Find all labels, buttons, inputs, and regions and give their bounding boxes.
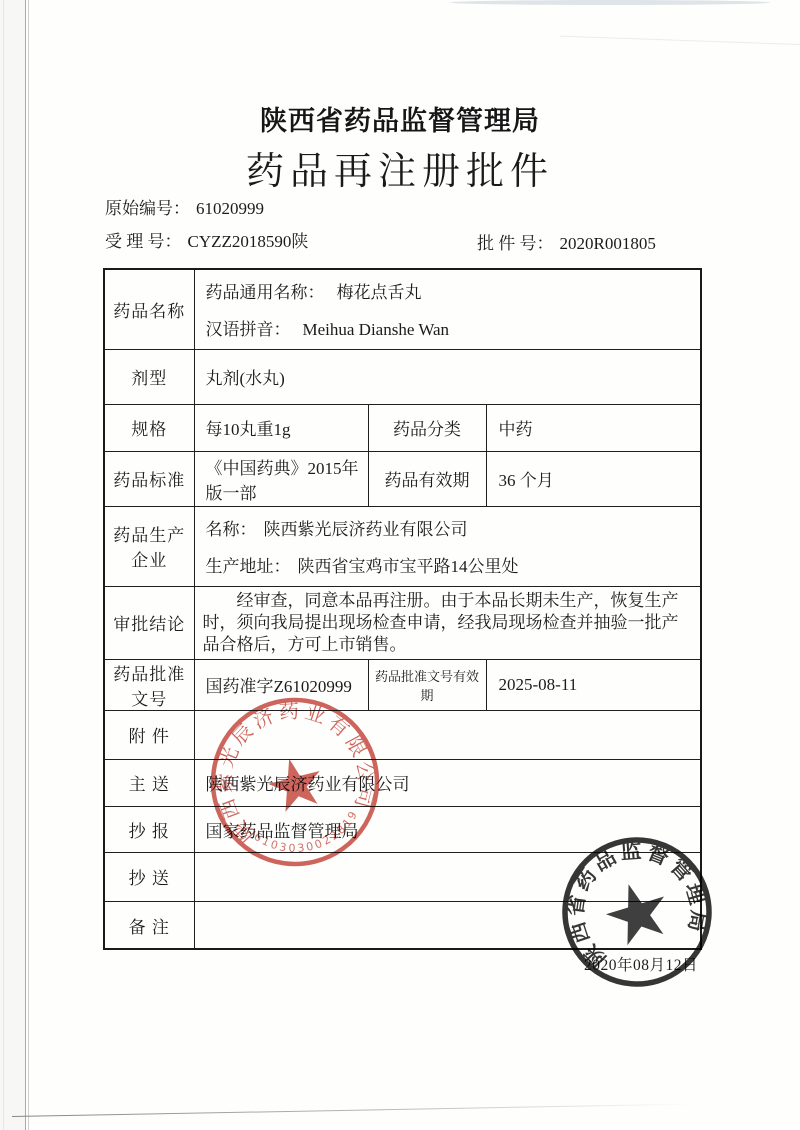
row-label: 抄 送: [104, 852, 194, 901]
row-label: 药品标准: [104, 451, 194, 506]
approval-date: 2020年08月12日: [584, 953, 698, 975]
approval-number-label: 批 件 号：: [477, 234, 554, 253]
row-value-2: 36 个月: [486, 451, 701, 506]
table-row-manufacturer: 药品生产企业 名称：陕西紫光辰济药业有限公司 生产地址：陕西省宝鸡市宝平路14公…: [104, 506, 701, 586]
manufacturer-address-value: 陕西省宝鸡市宝平路14公里处: [298, 557, 519, 576]
table-row-dosage-form: 剂型 丸剂(水丸): [104, 349, 701, 404]
row-value: [194, 852, 701, 901]
issuing-authority-title: 陕西省药品监督管理局: [0, 99, 800, 138]
generic-name-label: 药品通用名称：: [206, 283, 325, 302]
approval-number-value: 2020R001805: [560, 234, 656, 253]
row-value: 丸剂(水丸): [194, 349, 701, 404]
table-row-standard: 药品标准 《中国药典》2015年版一部 药品有效期 36 个月: [104, 451, 701, 506]
table-row-approval-license-number: 药品批准文号 国药准字Z61020999 药品批准文号有效期 2025-08-1…: [104, 659, 701, 710]
document-title: 药品再注册批件: [0, 140, 800, 195]
manufacturer-name-value: 陕西紫光辰济药业有限公司: [264, 520, 468, 539]
manufacturer-address-label: 生产地址：: [206, 557, 291, 576]
pinyin-label: 汉语拼音：: [206, 320, 291, 339]
row-value: 每10丸重1g: [194, 404, 368, 451]
row-value: [194, 901, 701, 949]
approval-conclusion-text: 经审查，同意本品再注册。由于本品长期未生产，恢复生产时，须向我局提出现场检查申请…: [203, 590, 695, 656]
row-value: 国家药品监督管理局: [194, 806, 701, 852]
row-label-2: 药品分类: [368, 404, 486, 451]
row-label: 规格: [104, 404, 194, 451]
row-label: 剂型: [104, 349, 194, 404]
row-label: 审批结论: [104, 586, 194, 659]
generic-name-value: 梅花点舌丸: [337, 283, 422, 302]
table-row-copy-report: 抄 报 国家药品监督管理局: [104, 806, 701, 852]
manufacturer-name-label: 名称：: [206, 520, 257, 539]
paper-crease: [12, 1104, 692, 1117]
original-number: 原始编号：61020999: [105, 194, 264, 219]
row-label: 抄 报: [104, 806, 194, 852]
original-number-label: 原始编号：: [105, 199, 190, 218]
row-label-2: 药品批准文号有效期: [368, 659, 486, 710]
row-label: 药品批准文号: [104, 659, 194, 710]
table-row-attachment: 附 件: [104, 710, 701, 759]
table-row-copy-send: 抄 送: [104, 852, 701, 901]
original-number-value: 61020999: [196, 199, 264, 218]
paper-crease: [560, 36, 800, 46]
row-value: 名称：陕西紫光辰济药业有限公司 生产地址：陕西省宝鸡市宝平路14公里处: [194, 506, 701, 586]
table-row-approval-conclusion: 审批结论 经审查，同意本品再注册。由于本品长期未生产，恢复生产时，须向我局提出现…: [104, 586, 701, 659]
row-label: 主 送: [104, 759, 194, 806]
row-value: 《中国药典》2015年版一部: [194, 451, 368, 506]
row-value-2: 中药: [486, 404, 701, 451]
table-row-specification: 规格 每10丸重1g 药品分类 中药: [104, 404, 701, 451]
scanned-document-page: 陕西省药品监督管理局 药品再注册批件 原始编号：61020999 受 理 号：C…: [0, 0, 800, 1130]
row-label: 药品生产企业: [104, 506, 194, 586]
row-value: 国药准字Z61020999: [194, 659, 368, 710]
acceptance-number: 受 理 号：CYZZ2018590陕: [105, 227, 308, 252]
table-row-drug-name: 药品名称 药品通用名称：梅花点舌丸 汉语拼音：Meihua Dianshe Wa…: [104, 269, 701, 349]
row-label: 药品名称: [104, 269, 194, 349]
acceptance-number-value: CYZZ2018590陕: [188, 232, 309, 251]
pinyin-value: Meihua Dianshe Wan: [303, 320, 450, 339]
approval-table: 药品名称 药品通用名称：梅花点舌丸 汉语拼音：Meihua Dianshe Wa…: [103, 268, 702, 950]
row-value-2: 2025-08-11: [486, 659, 701, 710]
row-value: 经审查，同意本品再注册。由于本品长期未生产，恢复生产时，须向我局提出现场检查申请…: [194, 586, 701, 659]
row-value: 药品通用名称：梅花点舌丸 汉语拼音：Meihua Dianshe Wan: [194, 269, 701, 349]
row-label-2: 药品有效期: [368, 451, 486, 506]
scan-smudge: [450, 0, 770, 5]
row-value: [194, 710, 701, 759]
acceptance-number-label: 受 理 号：: [105, 232, 182, 251]
row-label: 附 件: [104, 710, 194, 759]
approval-number: 批 件 号：2020R001805: [477, 229, 656, 254]
table-row-remarks: 备 注: [104, 901, 701, 949]
row-label: 备 注: [104, 901, 194, 949]
row-value: 陕西紫光辰济药业有限公司: [194, 759, 701, 806]
table-row-main-recipient: 主 送 陕西紫光辰济药业有限公司: [104, 759, 701, 806]
